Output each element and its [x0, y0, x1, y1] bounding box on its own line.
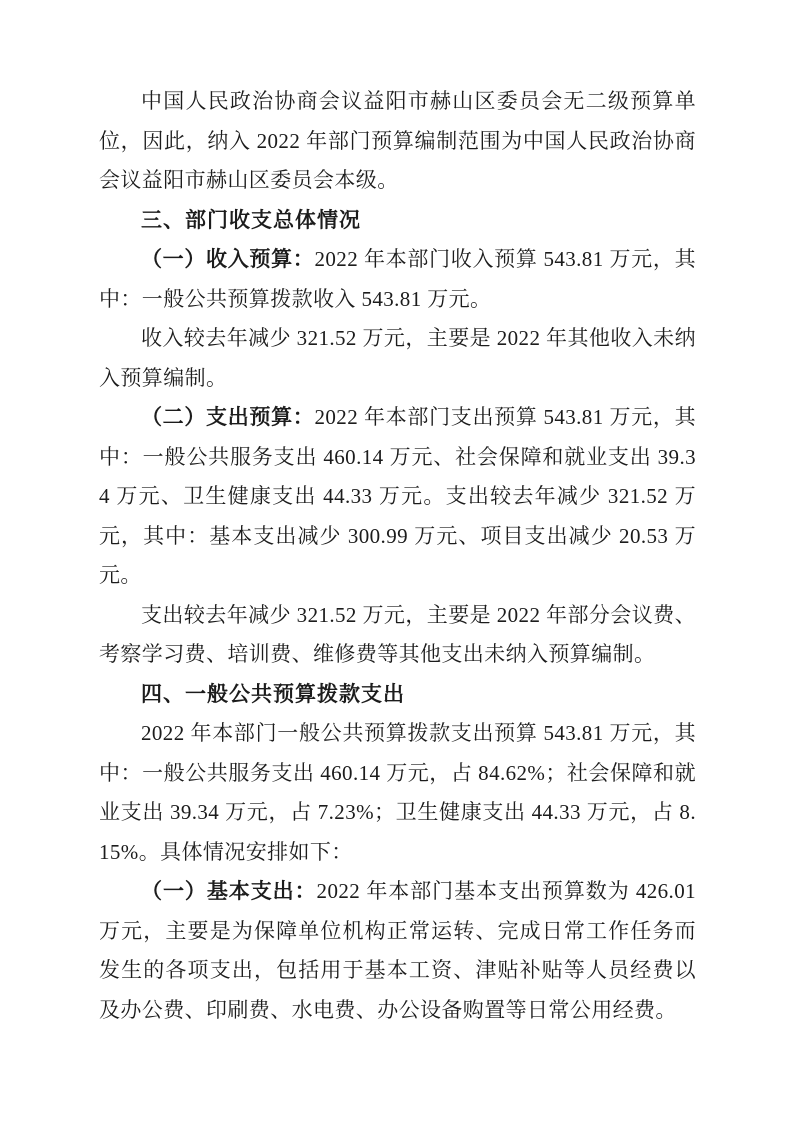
- paragraph-basic-expenditure: （一）基本支出：2022 年本部门基本支出预算数为 426.01 万元，主要是为…: [99, 872, 696, 1030]
- paragraph-expenditure-decrease: 支出较去年减少 321.52 万元，主要是 2022 年部分会议费、考察学习费、…: [99, 596, 696, 675]
- document-content: 中国人民政治协商会议益阳市赫山区委员会无二级预算单位，因此，纳入 2022 年部…: [99, 82, 696, 1030]
- paragraph-text: 支出较去年减少 321.52 万元，主要是 2022 年部分会议费、考察学习费、…: [99, 603, 696, 667]
- heading-text: 四、一般公共预算拨款支出: [141, 683, 405, 706]
- paragraph-lead-basic-expenditure: （一）基本支出：: [141, 879, 317, 903]
- paragraph-income-budget: （一）收入预算：2022 年本部门收入预算 543.81 万元，其中：一般公共预…: [99, 240, 696, 319]
- heading-text: 三、部门收支总体情况: [141, 209, 361, 232]
- paragraph-text: 2022 年本部门一般公共预算拨款支出预算 543.81 万元，其中：一般公共服…: [99, 721, 696, 864]
- paragraph-expenditure-budget: （二）支出预算：2022 年本部门支出预算 543.81 万元，其中：一般公共服…: [99, 398, 696, 596]
- paragraph-public-budget-breakdown: 2022 年本部门一般公共预算拨款支出预算 543.81 万元，其中：一般公共服…: [99, 714, 696, 872]
- section-heading-public-budget-expenditure: 四、一般公共预算拨款支出: [99, 675, 696, 715]
- paragraph-lead-income-budget: （一）收入预算：: [141, 247, 315, 271]
- paragraph-income-decrease: 收入较去年减少 321.52 万元，主要是 2022 年其他收入未纳入预算编制。: [99, 319, 696, 398]
- paragraph-text: 中国人民政治协商会议益阳市赫山区委员会无二级预算单位，因此，纳入 2022 年部…: [99, 89, 696, 192]
- paragraph-text: 2022 年本部门支出预算 543.81 万元，其中：一般公共服务支出 460.…: [99, 405, 696, 587]
- paragraph-budget-scope: 中国人民政治协商会议益阳市赫山区委员会无二级预算单位，因此，纳入 2022 年部…: [99, 82, 696, 201]
- paragraph-lead-expenditure-budget: （二）支出预算：: [141, 405, 315, 429]
- document-page: 中国人民政治协商会议益阳市赫山区委员会无二级预算单位，因此，纳入 2022 年部…: [0, 0, 793, 1122]
- paragraph-text: 收入较去年减少 321.52 万元，主要是 2022 年其他收入未纳入预算编制。: [99, 326, 696, 390]
- section-heading-revenue-expenditure-overview: 三、部门收支总体情况: [99, 201, 696, 241]
